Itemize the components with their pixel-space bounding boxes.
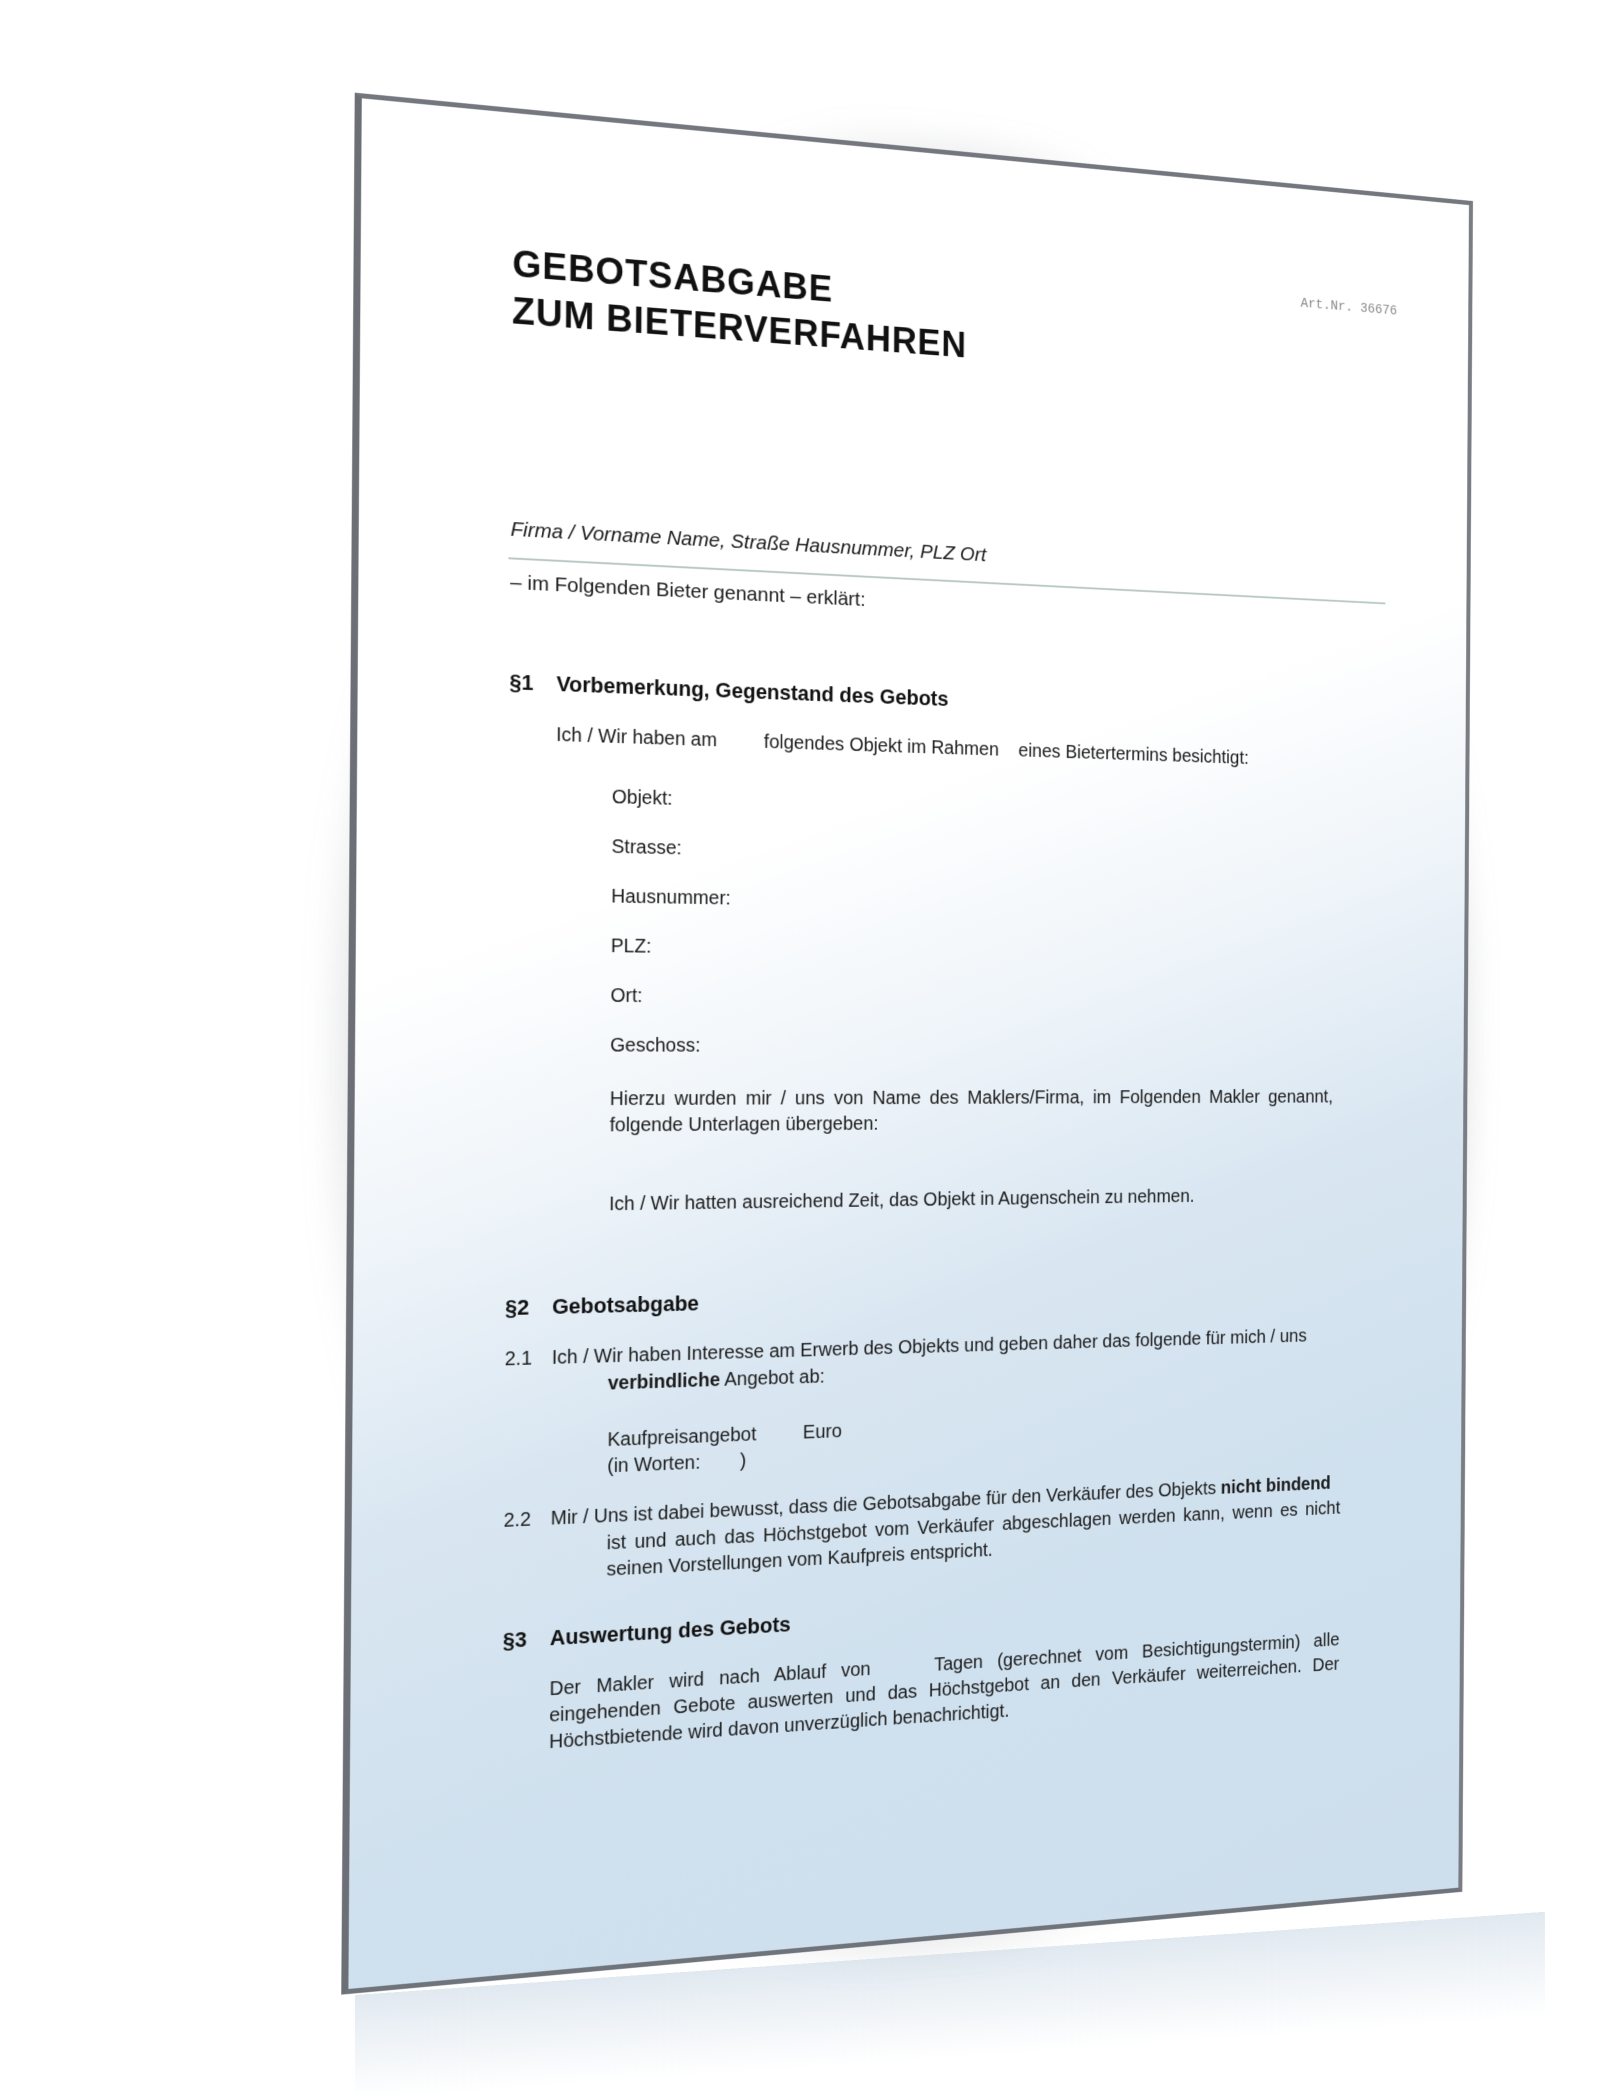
section-3-title: Auswertung des Gebots [550,1612,791,1650]
price-offer-label: Kaufpreisangebot [607,1424,756,1451]
section-1-heading: §1Vorbemerkung, Gegenstand des Gebots [509,670,948,712]
field-label-plz: PLZ: [611,922,731,973]
document-stage: Art.Nr. 36676 GEBOTSABGABE ZUM BIETERVER… [0,0,1600,2100]
document-title: GEBOTSABGABE ZUM BIETERVERFAHREN [512,241,967,369]
field-label-objekt: Objekt: [612,773,732,826]
object-field-list: Objekt: Strasse: Hausnummer: PLZ: Ort: G… [610,773,732,1071]
price-offer-block: KaufpreisangebotEuro (in Worten:) [607,1419,842,1480]
section-1-title: Vorbemerkung, Gegenstand des Gebots [556,671,948,710]
document-page: Art.Nr. 36676 GEBOTSABGABE ZUM BIETERVER… [341,93,1473,1995]
field-label-hausnummer: Hausnummer: [611,872,731,923]
section-1-number: §1 [509,670,556,697]
field-label-strasse: Strasse: [611,823,731,875]
price-unit: Euro [803,1421,842,1443]
document-page-wrapper: Art.Nr. 36676 GEBOTSABGABE ZUM BIETERVER… [341,93,1473,1995]
clause-2-1-line-1: Ich / Wir haben Interesse am Erwerb des … [552,1323,1342,1372]
article-number: Art.Nr. 36676 [1301,296,1398,319]
intro-part-1: Ich / Wir haben am [556,724,717,751]
section-2-heading: §2Gebotsabgabe [505,1291,699,1321]
bidder-address-placeholder: Firma / Vorname Name, Straße Hausnummer,… [510,518,986,567]
section-2-title: Gebotsabgabe [552,1291,699,1319]
intro-part-2: folgendes Objekt im Rahmen [764,732,999,761]
section-1-intro: Ich / Wir haben amfolgendes Objekt im Ra… [556,722,1249,771]
section-3-text: Der Makler wird nach Ablauf vonTagen (ge… [549,1628,1339,1756]
clause-2-1-number: 2.1 [505,1345,552,1373]
section-2-number: §2 [505,1294,552,1321]
clause-2-1-line-2: verbindliche Angebot ab: [608,1364,825,1397]
intro-part-3: eines Bietertermins besichtigt: [1018,740,1249,768]
field-label-geschoss: Geschoss: [610,1021,730,1071]
section-3-heading: §3Auswertung des Gebots [503,1612,791,1654]
inspection-time-text: Ich / Wir hatten ausreichend Zeit, das O… [609,1184,1195,1218]
clause-2-1-tail: Angebot ab: [724,1366,825,1390]
clause-2-2-number: 2.2 [504,1506,551,1535]
bidder-declaration-line: – im Folgenden Bieter genannt – erklärt: [510,571,865,612]
documents-handover-text: Hierzu wurden mir / uns von Name des Mak… [610,1085,1333,1139]
field-label-ort: Ort: [610,972,730,1022]
not-binding-emphasis: nicht bindend [1221,1473,1331,1498]
section-3-number: §3 [503,1626,550,1654]
price-in-words-label: (in Worten: [607,1452,700,1477]
price-in-words-close: ) [740,1450,746,1471]
binding-emphasis: verbindliche [608,1369,720,1394]
